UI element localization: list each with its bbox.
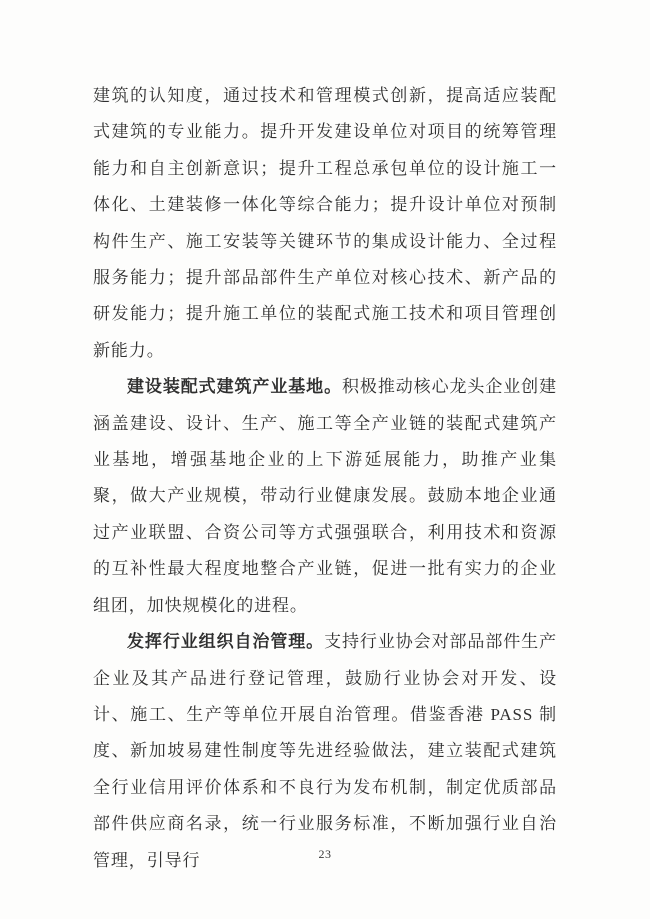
document-page: 建筑的认知度，通过技术和管理模式创新，提高适应装配式建筑的专业能力。提升开发建设… <box>0 0 650 919</box>
paragraph-text: 支持行业协会对部品部件生产企业及其产品进行登记管理，鼓励行业协会对开发、设计、施… <box>93 632 557 869</box>
paragraph-industry-self-governance: 发挥行业组织自治管理。支持行业协会对部品部件生产企业及其产品进行登记管理，鼓励行… <box>93 624 557 879</box>
paragraph-continuation: 建筑的认知度，通过技术和管理模式创新，提高适应装配式建筑的专业能力。提升开发建设… <box>93 78 557 369</box>
paragraph-text: 建筑的认知度，通过技术和管理模式创新，提高适应装配式建筑的专业能力。提升开发建设… <box>93 86 557 360</box>
paragraph-text: 积极推动核心龙头企业创建涵盖建设、设计、生产、施工等全产业链的装配式建筑产业基地… <box>93 377 557 614</box>
page-number: 23 <box>0 847 650 862</box>
paragraph-bold-lead: 建设装配式建筑产业基地。 <box>127 377 342 396</box>
page-body-text: 建筑的认知度，通过技术和管理模式创新，提高适应装配式建筑的专业能力。提升开发建设… <box>93 78 557 879</box>
paragraph-industry-base: 建设装配式建筑产业基地。积极推动核心龙头企业创建涵盖建设、设计、生产、施工等全产… <box>93 369 557 624</box>
paragraph-bold-lead: 发挥行业组织自治管理。 <box>127 632 324 651</box>
